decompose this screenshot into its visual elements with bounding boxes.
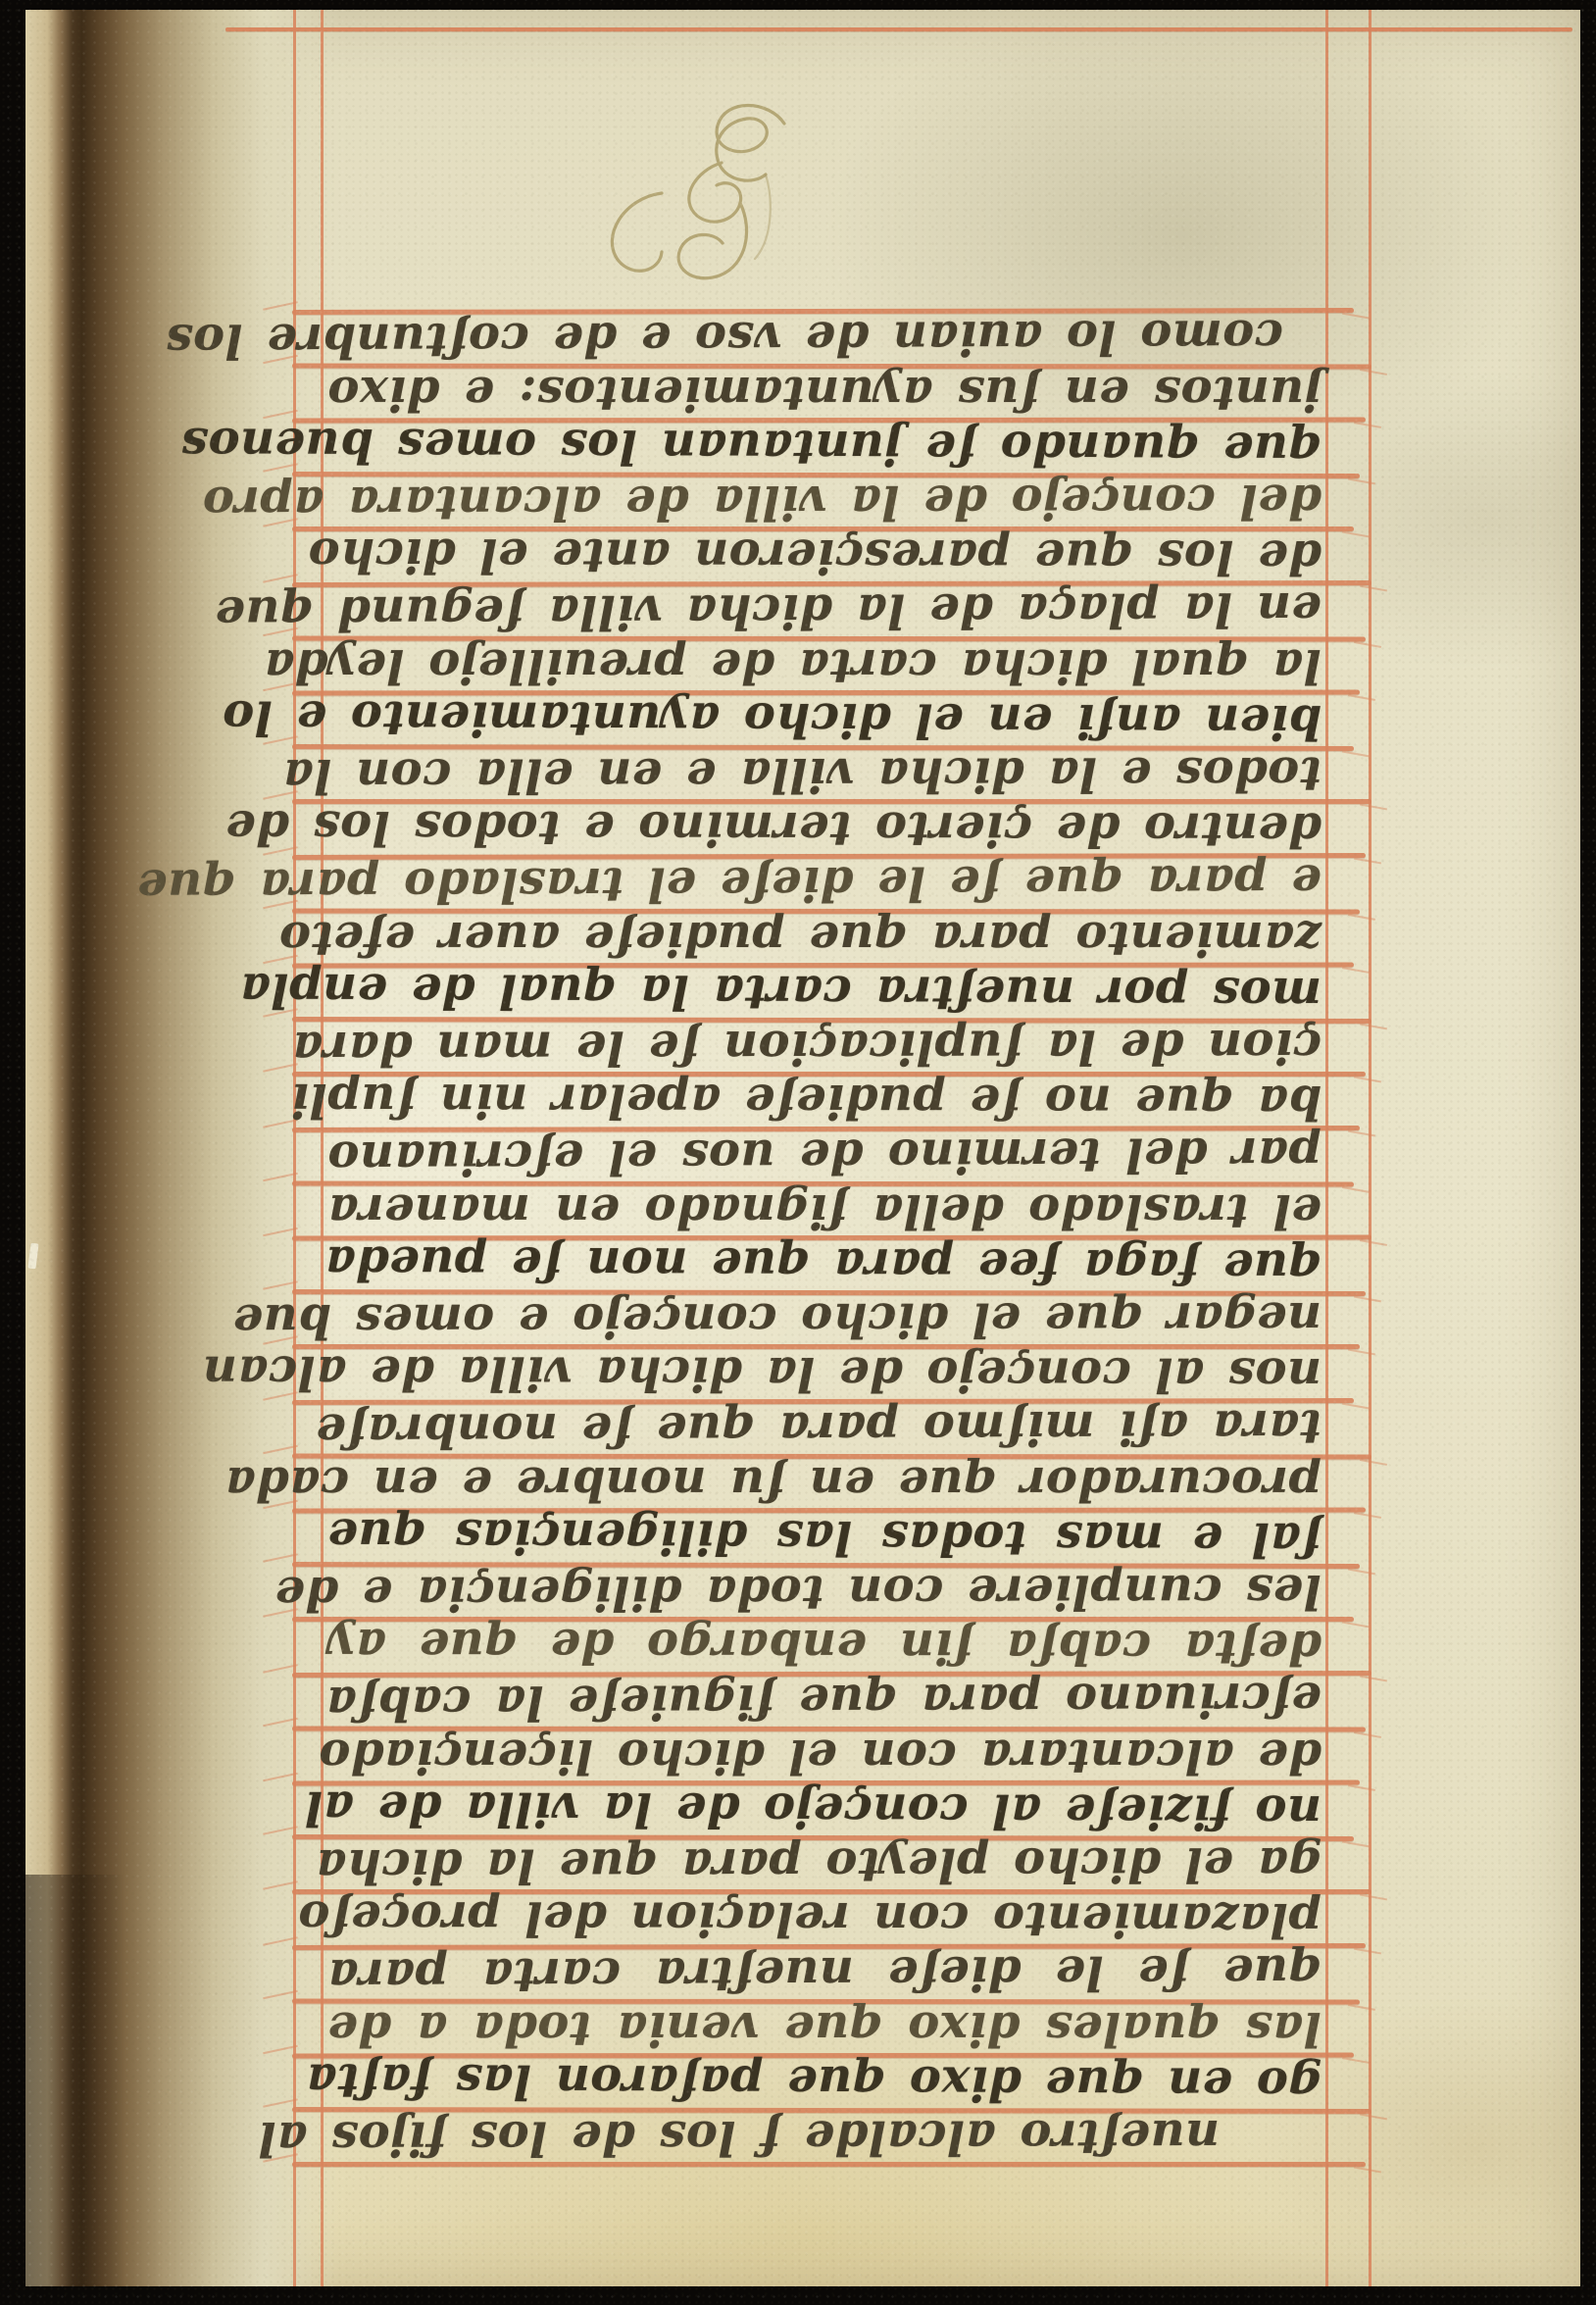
manuscript-text-line: zamiento para que pudieſe auer efeto bbox=[327, 910, 1322, 965]
manuscript-text-line: deſta cabſa ſin enbargo de que ay bbox=[327, 1617, 1322, 1674]
manuscript-text-line: como lo auian de vso e de coſtunbre los bbox=[327, 308, 1283, 367]
manuscript-text-line: no fizieſe al conçejo de la villa de al bbox=[327, 1779, 1322, 1838]
manuscript-text-line: nueſtro alcalde f los de los fijos al bbox=[327, 2108, 1220, 2165]
manuscript-text-line: las quales dixo que venia toda a de bbox=[327, 2000, 1322, 2055]
manuscript-text-line: par del termino de uos el eſcriuano bbox=[327, 1126, 1322, 1184]
manuscript-text-line: el traslado della ſignado en manera bbox=[327, 1182, 1322, 1237]
manuscript-text-line: del conçejo de la villa de alcantara apr… bbox=[327, 473, 1322, 529]
manuscript-text-line: eſcriuano para que ſiguieſe la cabſa bbox=[327, 1671, 1322, 1729]
manuscript-text-line: go en que dixo que paſaron las faſta bbox=[327, 2052, 1322, 2111]
manuscript-text-line: de alcantara con el dicho liçençiado bbox=[327, 1728, 1322, 1782]
manuscript-text-line: dentro de çierto termino e todos los de bbox=[327, 799, 1322, 856]
manuscript-text-line: que ſe le dieſe nueſtra carta para bbox=[327, 1943, 1322, 2002]
text-block: como lo auian de vso e de coſtunbre losj… bbox=[0, 0, 1596, 2305]
manuscript-text-line: todos e la dicha villa e en ella con la bbox=[327, 745, 1322, 802]
manuscript-text-line: juntos en ſus ayuntamientos: e dixo bbox=[327, 365, 1322, 420]
manuscript-text-line: nos al conçejo de la dicha villa de alca… bbox=[327, 1344, 1322, 1401]
manuscript-text-line: çion de la ſuplicaçion ſe le man dara bbox=[327, 1018, 1322, 1075]
manuscript-text-line: les cunpliere con toda diligençia e de bbox=[327, 1563, 1322, 1620]
manuscript-text-line: en la plaça de la dicha villa ſegund que bbox=[327, 580, 1322, 639]
manuscript-text-line: procurador que en ſu nonbre e en cada bbox=[327, 1455, 1322, 1510]
manuscript-text-line: que quando ſe juntauan los omes buenos bbox=[327, 417, 1322, 476]
manuscript-text-line: ſal e mas todas las diligençias que bbox=[327, 1507, 1322, 1566]
manuscript-text-line: la qual dicha carta de preuillejo leyda bbox=[327, 637, 1322, 692]
manuscript-text-line: ga el dicho pleyto para que la dicha bbox=[327, 1835, 1322, 1892]
manuscript-text-line: de los que paresçieron ante el dicho bbox=[327, 526, 1322, 583]
manuscript-text-line: e para que ſe le dieſe el traslado para … bbox=[327, 853, 1322, 912]
manuscript-text-line: tara aſi miſmo para que ſe nonbraſe bbox=[327, 1398, 1322, 1457]
manuscript-photo: como lo auian de vso e de coſtunbre losj… bbox=[0, 0, 1596, 2305]
manuscript-text-line: que faga fee para que non ſe pueda bbox=[327, 1234, 1322, 1293]
manuscript-text-line: ba que no ſe pudieſe apelar nin ſupli bbox=[327, 1072, 1322, 1128]
manuscript-text-line: plazamiento con relaçion del proçeſo bbox=[327, 1889, 1322, 1946]
manuscript-text-line: mos por nueſtra carta la qual de enpla bbox=[327, 962, 1322, 1021]
manuscript-text-line: bien anſi en el dicho ayuntamiento e lo bbox=[327, 689, 1322, 748]
manuscript-text-line: negar que el dicho conçejo e omes bue bbox=[327, 1290, 1322, 1347]
